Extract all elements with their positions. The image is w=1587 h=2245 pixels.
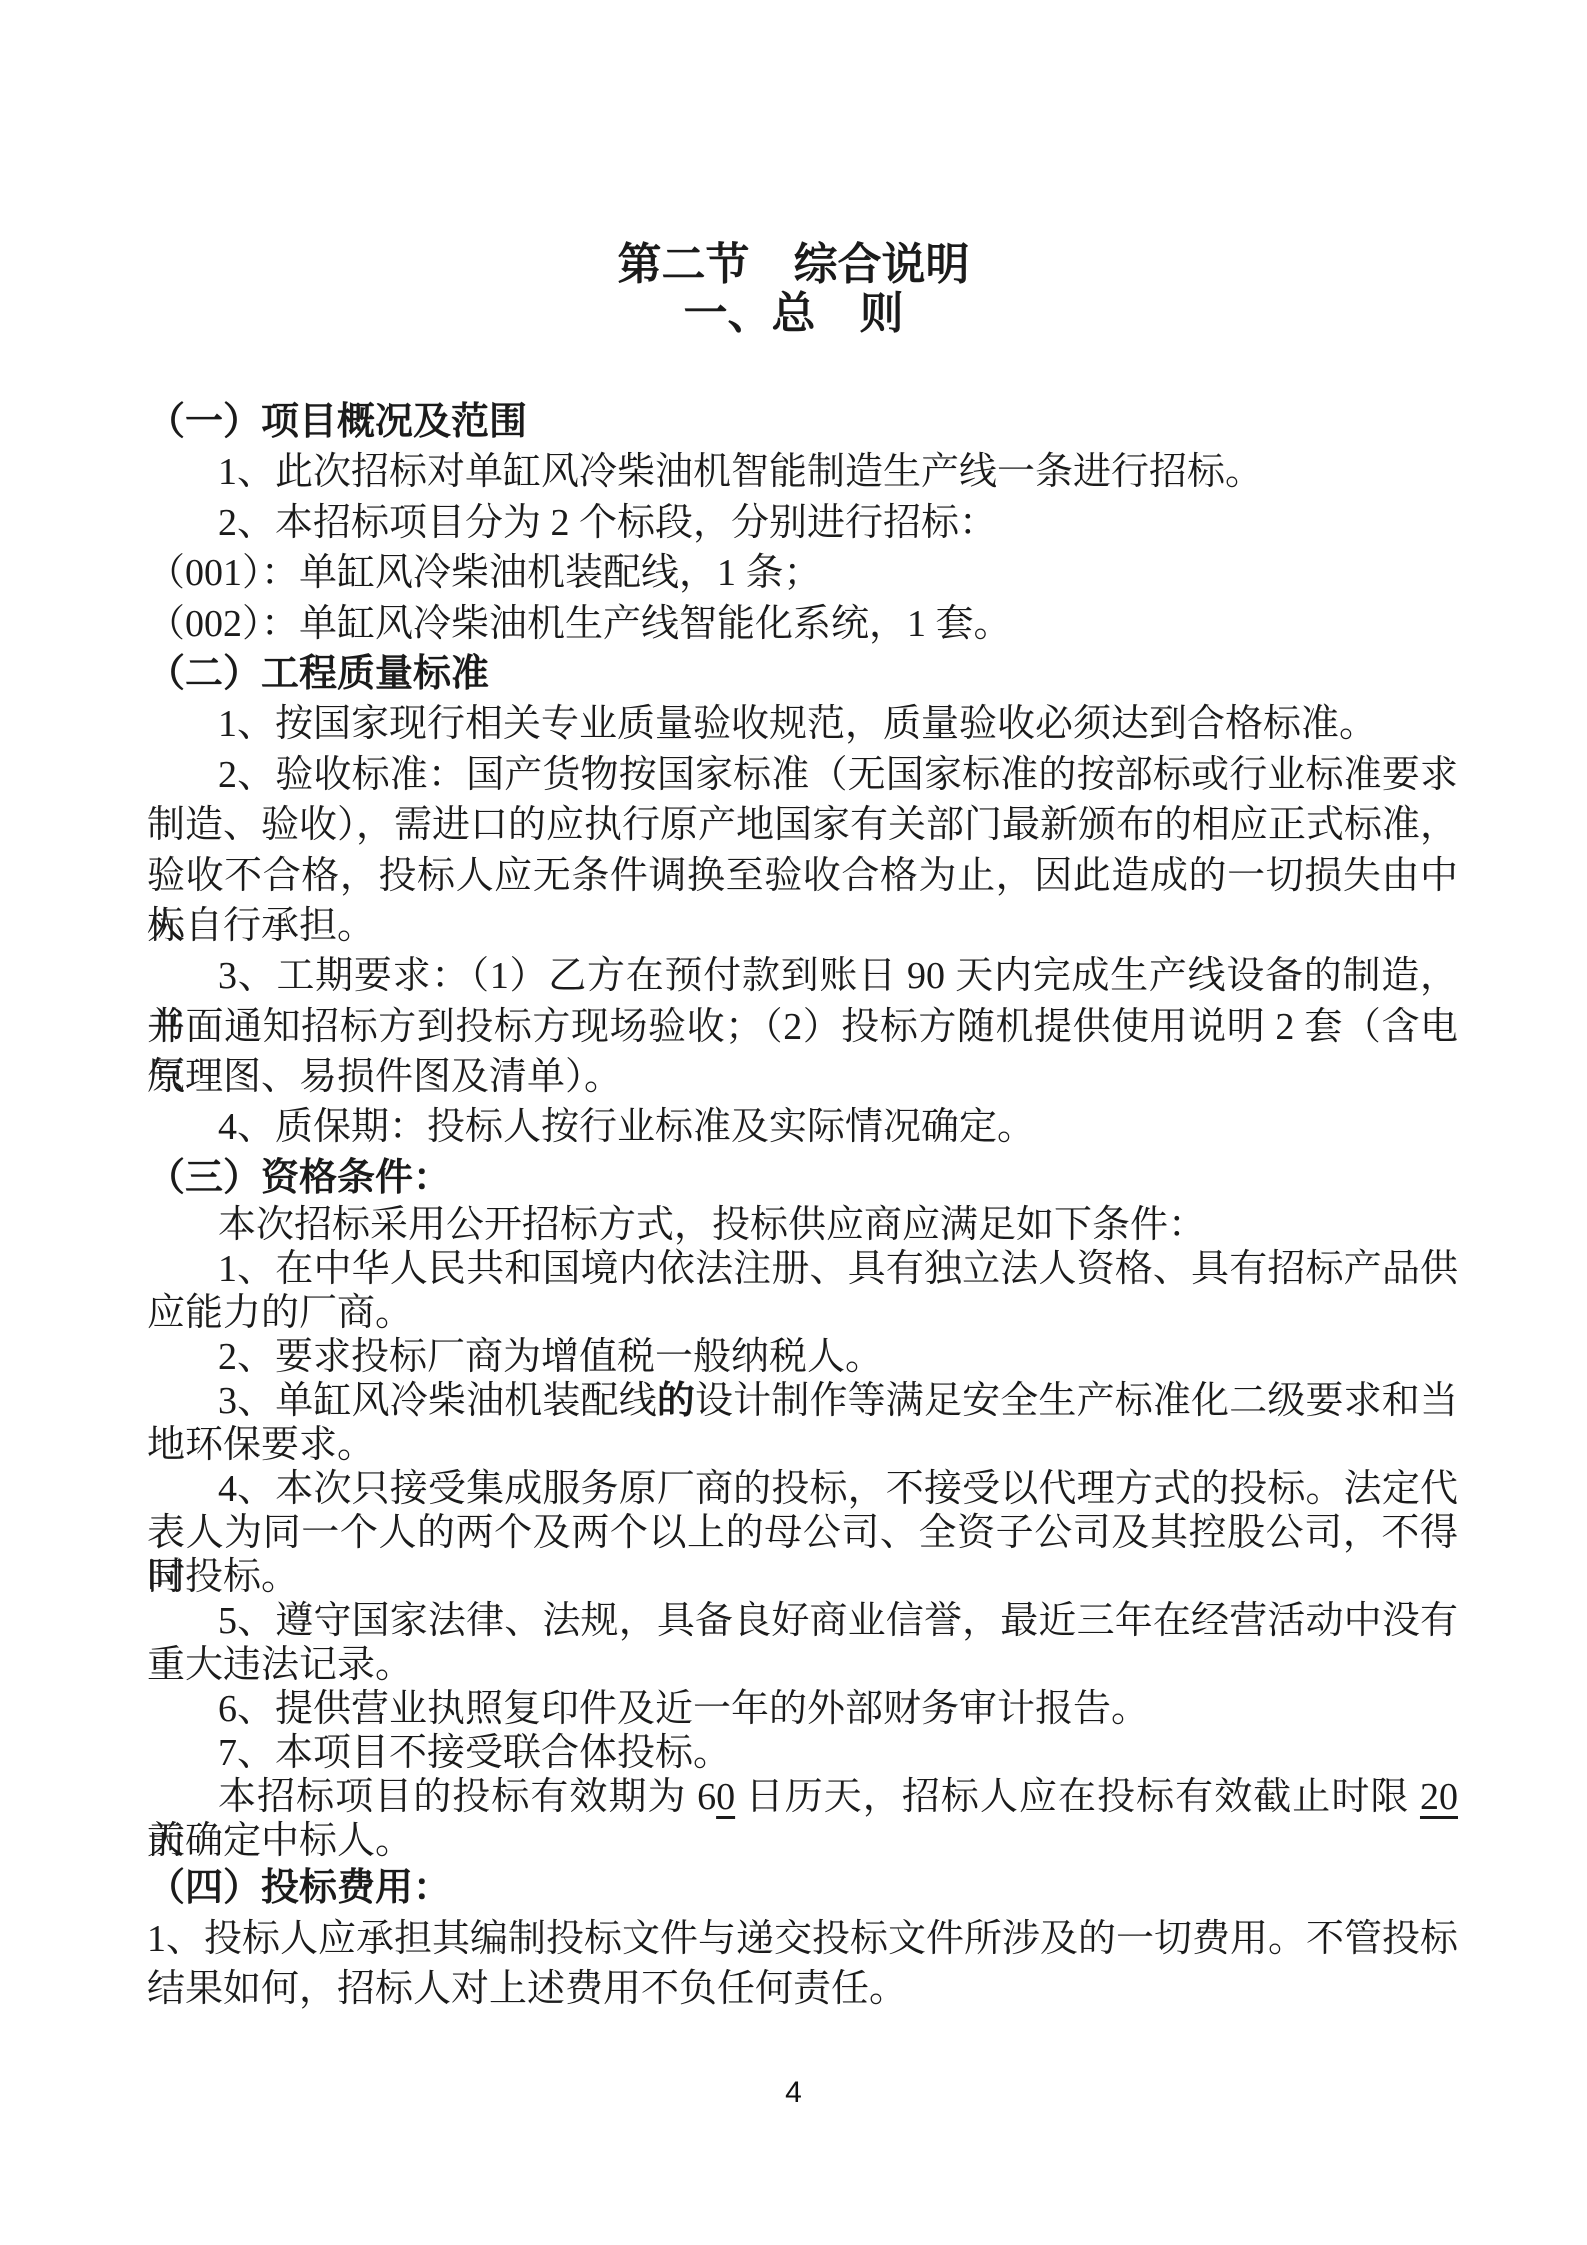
underlined-value: 20 [1420,1776,1458,1818]
document-line: 1、此次招标对单缸风冷柴油机智能制造生产线一条进行招标。 [147,447,1458,497]
document-line: （002）：单缸风冷柴油机生产线智能化系统，1 套。 [147,599,1458,649]
section-heading: （四）投标费用： [147,1863,1458,1913]
document-line: 结果如何，招标人对上述费用不负任何责任。 [147,1964,1458,2014]
text-segment: 本招标项目的投标有效期为 6 [218,1776,716,1818]
document-line: 地环保要求。 [147,1423,1458,1467]
document-line: 5、遵守国家法律、法规，具备良好商业信誉，最近三年在经营活动中没有 [147,1599,1458,1643]
document-line: 1、按国家现行相关专业质量验收规范，质量验收必须达到合格标准。 [147,699,1458,749]
document-line: 1、在中华人民共和国境内依法注册、具有独立法人资格、具有招标产品供 [147,1247,1458,1291]
text-segment: 设计制作等满足安全生产标准化二级要求和当 [695,1380,1458,1422]
document-line: 2、验收标准：国产货物按国家标准（无国家标准的按部标或行业标准要求 [147,750,1458,800]
document-page: 第二节 综合说明 一、总 则 （一）项目概况及范围1、此次招标对单缸风冷柴油机智… [0,0,1587,2245]
document-line: 4、本次只接受集成服务原厂商的投标，不接受以代理方式的投标。法定代 [147,1467,1458,1511]
document-body: （一）项目概况及范围1、此次招标对单缸风冷柴油机智能制造生产线一条进行招标。2、… [147,397,1458,2014]
document-line: 7、本项目不接受联合体投标。 [147,1731,1458,1775]
section-heading: （二）工程质量标准 [147,649,1458,699]
document-line: 3、工期要求：（1）乙方在预付款到账日 90 天内完成生产线设备的制造，并 [147,951,1458,1001]
section-title: 第二节 综合说明 [0,240,1587,289]
document-line: 1、投标人应承担其编制投标文件与递交投标文件所涉及的一切费用。不管投标 [147,1914,1458,1964]
document-line: 应能力的厂商。 [147,1291,1458,1335]
document-line: 验收不合格，投标人应无条件调换至验收合格为止，因此造成的一切损失由中标 [147,851,1458,901]
document-line: 本次招标采用公开招标方式，投标供应商应满足如下条件： [147,1203,1458,1247]
document-line: 表人为同一个人的两个及两个以上的母公司、全资子公司及其控股公司，不得同 [147,1511,1458,1555]
document-line: 2、要求投标厂商为增值税一般纳税人。 [147,1335,1458,1379]
document-line: 原理图、易损件图及清单）。 [147,1052,1458,1102]
text-segment: 3、单缸风冷柴油机装配线 [218,1380,657,1422]
document-line: 本招标项目的投标有效期为 60 日历天，招标人应在投标有效截止时限 20 天 [147,1775,1458,1819]
text-segment: 日历天，招标人应在投标有效截止时限 [735,1776,1420,1818]
document-line: （001）：单缸风冷柴油机装配线，1 条； [147,548,1458,598]
page-number: 4 [0,2076,1587,2110]
document-line: 前确定中标人。 [147,1819,1458,1863]
text-segment: 的 [657,1380,695,1422]
document-line: 重大违法记录。 [147,1643,1458,1687]
document-line: 书面通知招标方到投标方现场验收；（2）投标方随机提供使用说明 2 套（含电气 [147,1002,1458,1052]
document-line: 6、提供营业执照复印件及近一年的外部财务审计报告。 [147,1687,1458,1731]
document-line: 制造、验收），需进口的应执行原产地国家有关部门最新颁布的相应正式标准， [147,800,1458,850]
document-title-block: 第二节 综合说明 一、总 则 [0,240,1587,338]
document-line: 4、质保期：投标人按行业标准及实际情况确定。 [147,1102,1458,1152]
document-line: 3、单缸风冷柴油机装配线的设计制作等满足安全生产标准化二级要求和当 [147,1379,1458,1423]
document-line: 时投标。 [147,1555,1458,1599]
section-subtitle: 一、总 则 [0,289,1587,338]
document-line: 2、本招标项目分为 2 个标段，分别进行招标： [147,498,1458,548]
underlined-value: 0 [716,1776,735,1818]
section-heading: （一）项目概况及范围 [147,397,1458,447]
document-line: 人自行承担。 [147,901,1458,951]
section-heading: （三）资格条件： [147,1153,1458,1203]
